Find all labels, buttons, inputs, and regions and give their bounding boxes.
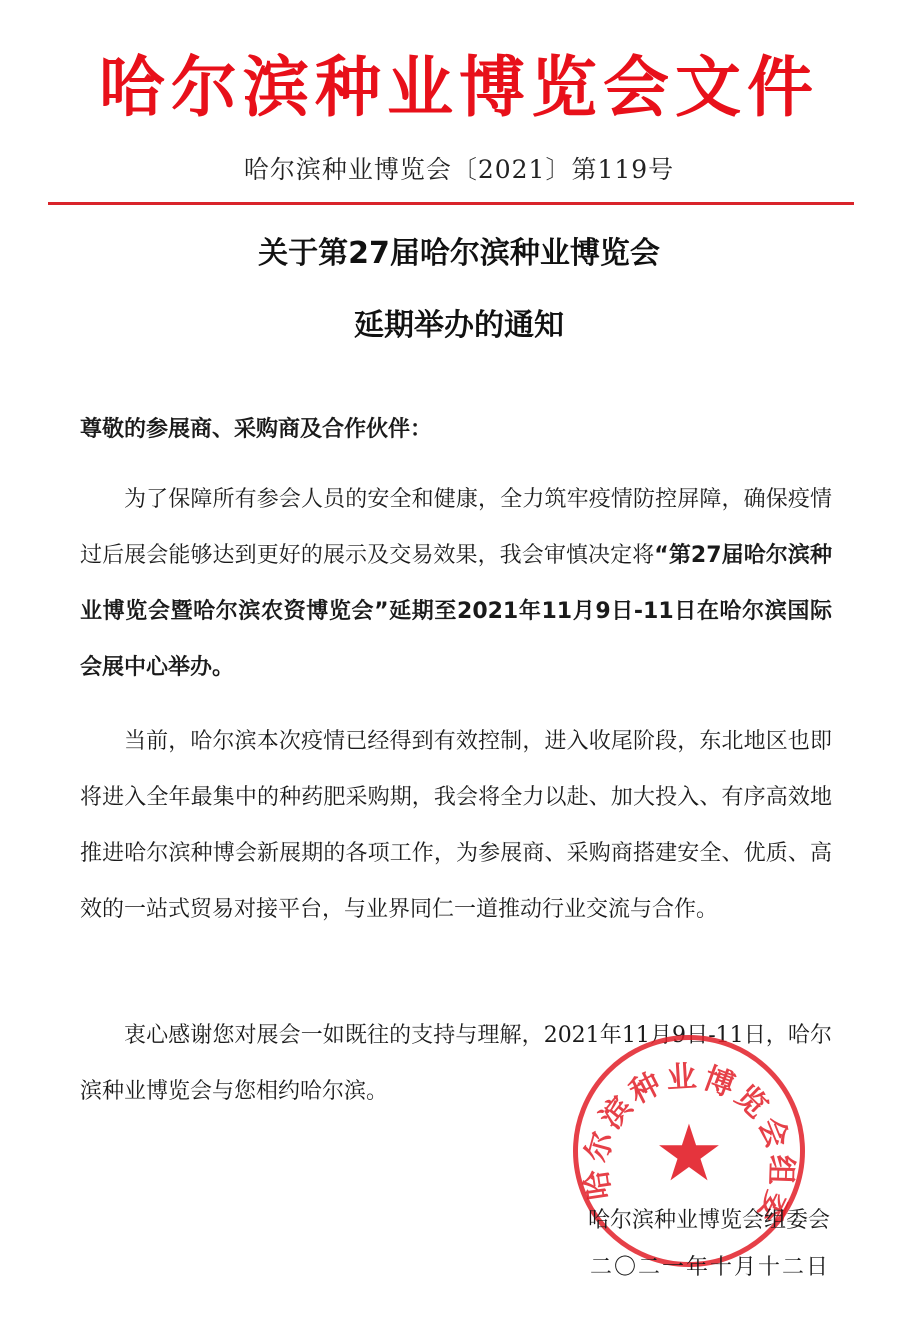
paragraph-2: 当前，哈尔滨本次疫情已经得到有效控制，进入收尾阶段，东北地区也即将进入全年最集中… [80, 714, 832, 938]
salutation: 尊敬的参展商、采购商及合作伙伴： [80, 412, 432, 443]
star-icon: ★ [654, 1109, 724, 1199]
notice-title-line1: 关于第27届哈尔滨种业博览会 [0, 228, 918, 272]
header-divider [48, 202, 854, 205]
signature-date: 二〇二一年十月十二日 [590, 1250, 830, 1281]
paragraph-1: 为了保障所有参会人员的安全和健康，全力筑牢疫情防控屏障，确保疫情过后展会能够达到… [80, 472, 832, 696]
document-number: 哈尔滨种业博览会〔2021〕第119号 [0, 150, 918, 186]
document-masthead: 哈尔滨种业博览会文件 [0, 34, 918, 129]
signature-organization: 哈尔滨种业博览会组委会 [588, 1203, 830, 1234]
notice-title-line2: 延期举办的通知 [0, 300, 918, 344]
